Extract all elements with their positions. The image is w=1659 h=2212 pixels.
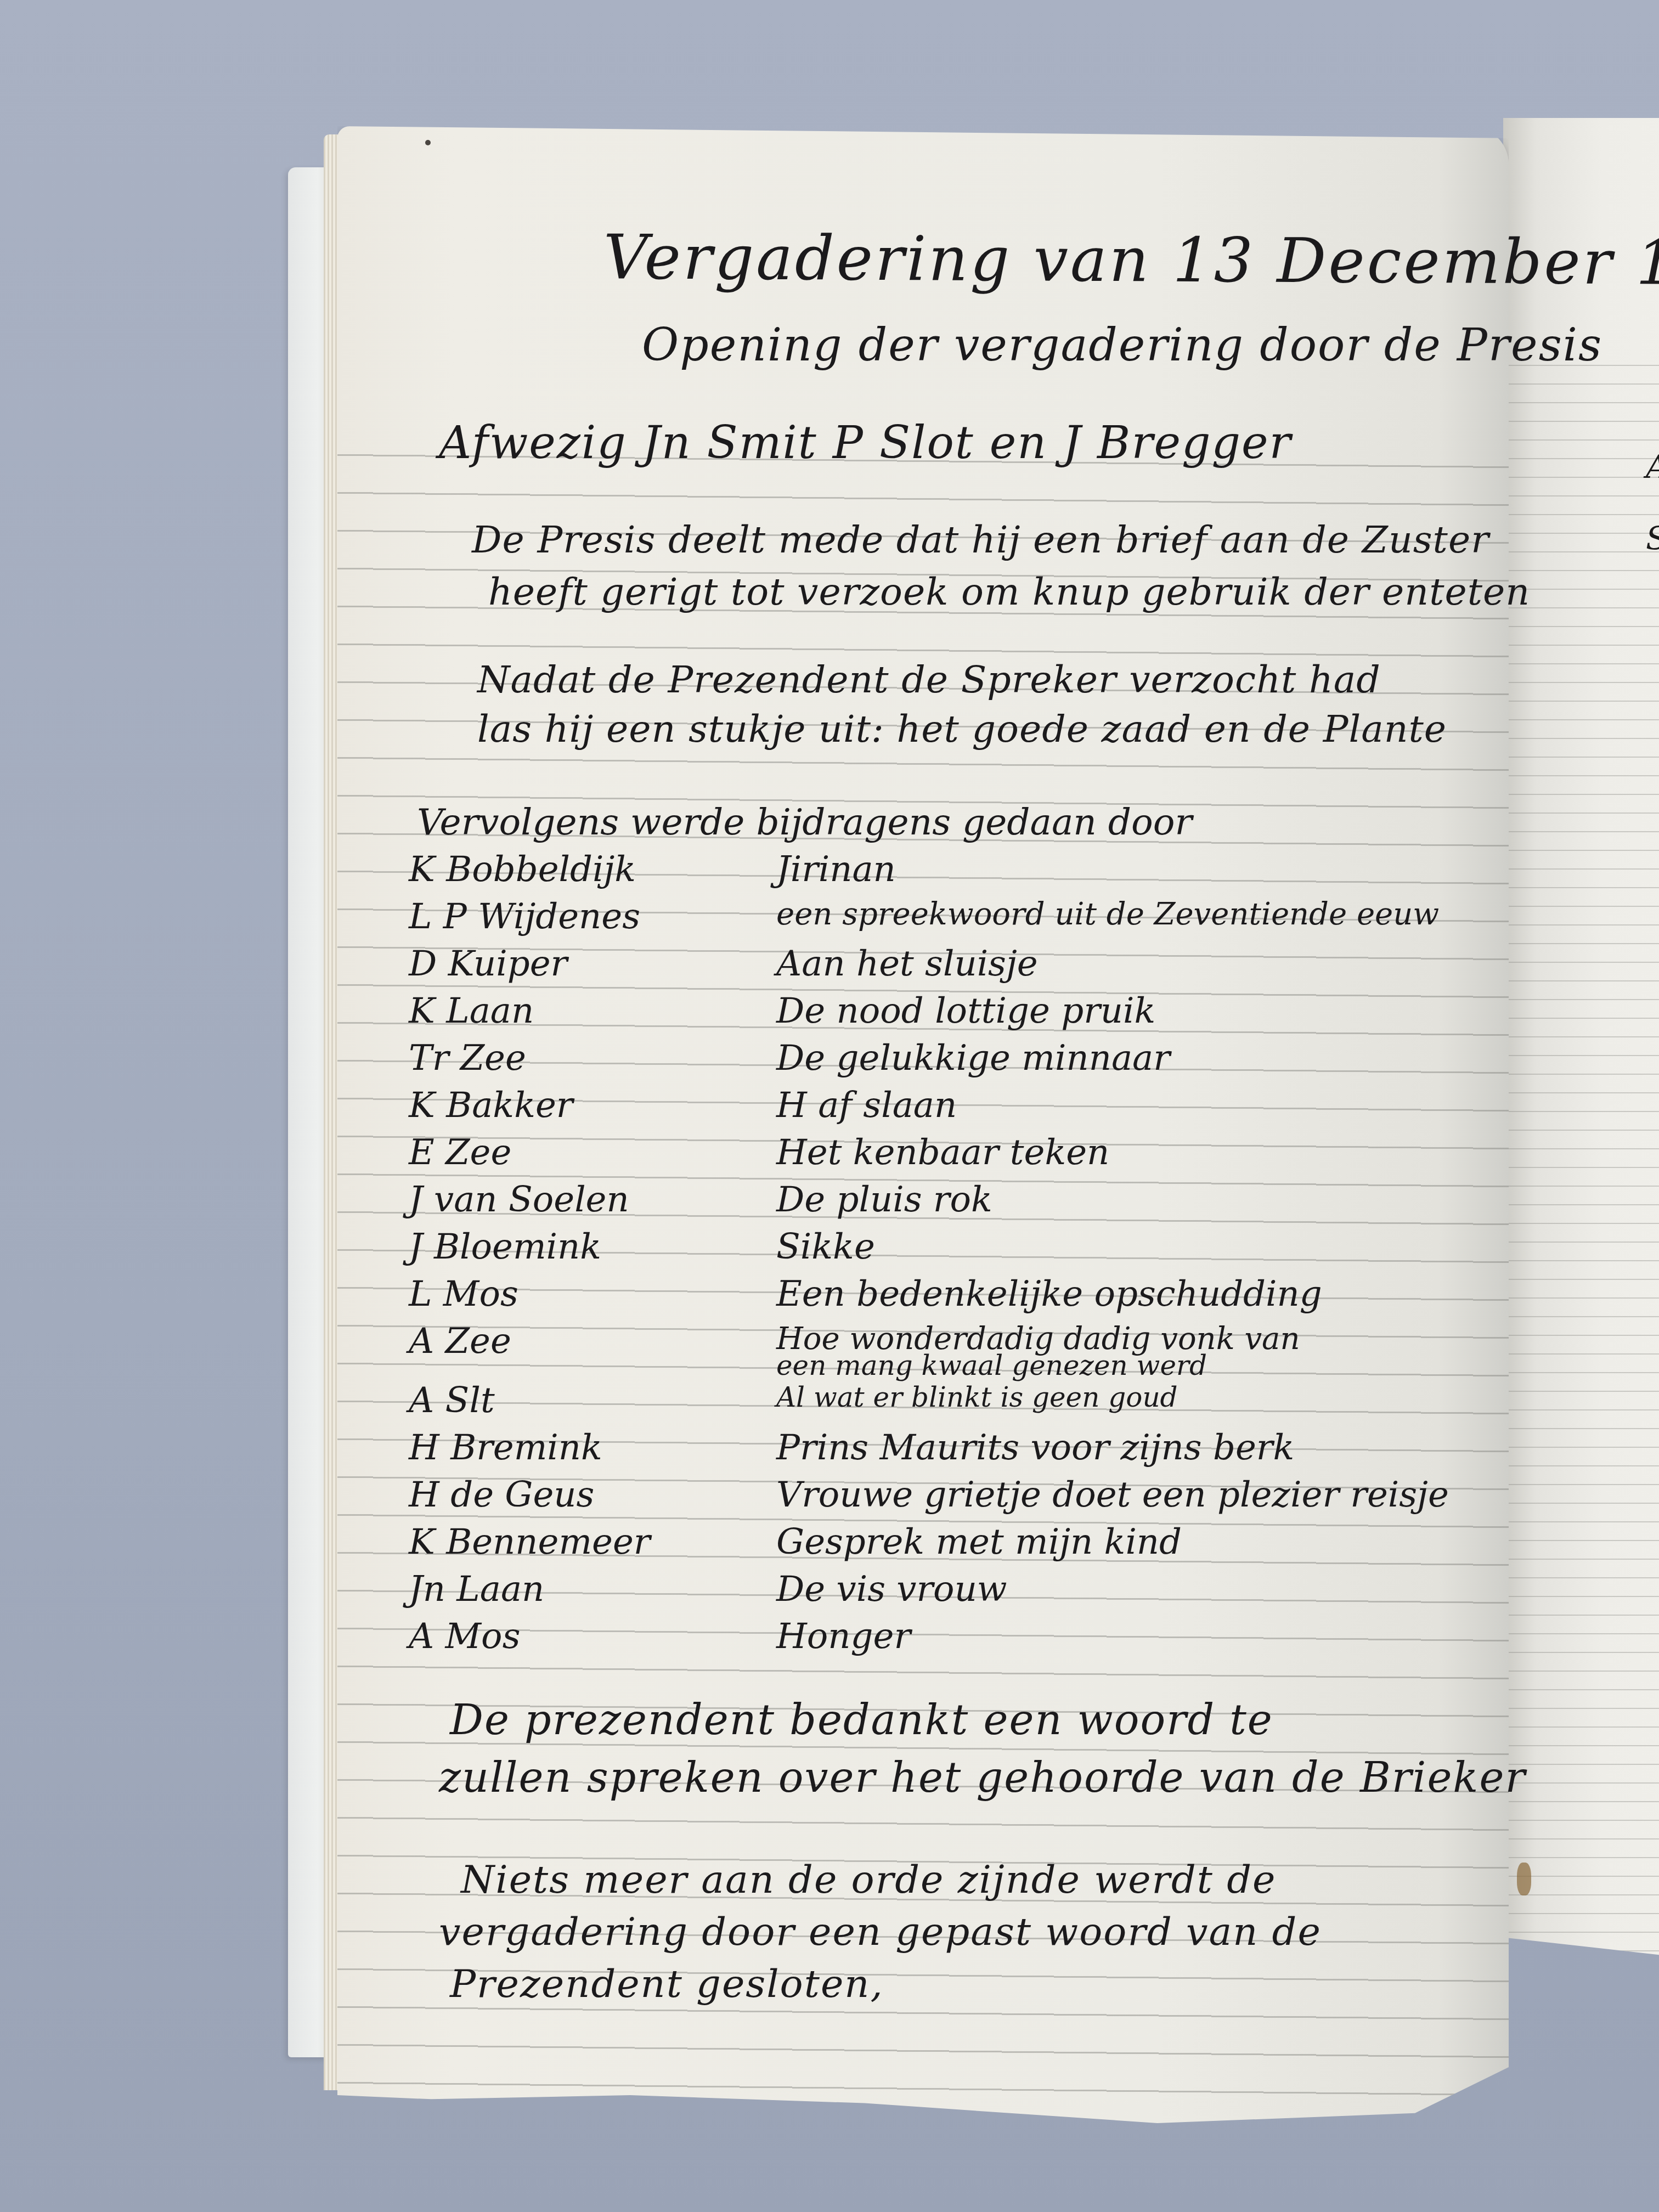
- member-name: K Laan: [409, 991, 534, 1031]
- contribution-title: H af slaan: [776, 1085, 957, 1126]
- contribution-title: Vrouwe grietje doet een plezier reisje: [776, 1475, 1449, 1515]
- contribution-title: De pluis rok: [776, 1180, 992, 1220]
- member-name: Tr Zee: [409, 1038, 526, 1079]
- contribution-title: De nood lottige pruik: [776, 991, 1155, 1031]
- member-name: E Zee: [409, 1132, 511, 1173]
- closing-paragraph-2-line-1: Niets meer aan de orde zijnde werdt de: [461, 1857, 1276, 1902]
- facing-page-mark: S: [1646, 521, 1659, 592]
- contribution-title: De gelukkige minnaar: [776, 1038, 1170, 1079]
- opening-line: Opening der vergadering door de Presis: [642, 319, 1602, 371]
- facing-page-text: A S: [1646, 450, 1659, 592]
- member-name: K Bakker: [409, 1085, 573, 1126]
- member-name: A Slt: [409, 1380, 495, 1421]
- member-name: L Mos: [409, 1274, 518, 1314]
- closing-paragraph-2-line-3: Prezendent gesloten,: [450, 1961, 884, 2006]
- closing-paragraph-1-line-2: zullen spreken over het gehoorde van de …: [439, 1753, 1526, 1802]
- contribution-title: Gesprek met mijn kind: [776, 1522, 1182, 1562]
- paragraph-2-line-1: Nadat de Prezendent de Spreker verzocht …: [477, 658, 1381, 702]
- contribution-title: Een bedenkelijke opschudding: [776, 1274, 1322, 1314]
- member-name: J Bloemink: [409, 1227, 601, 1267]
- contributions-intro: Vervolgens werde bijdragens gedaan door: [417, 801, 1192, 843]
- paragraph-2-line-2: las hij een stukje uit: het goede zaad e…: [477, 708, 1447, 751]
- member-name: A Mos: [409, 1616, 520, 1657]
- facing-page-mark: A: [1646, 450, 1659, 521]
- paragraph-1-line-1: De Presis deelt mede dat hij een brief a…: [472, 518, 1489, 562]
- contribution-title: Het kenbaar teken: [776, 1132, 1109, 1173]
- contribution-title: een spreekwoord uit de Zeventiende eeuw: [776, 896, 1439, 932]
- closing-paragraph-1-line-1: De prezendent bedankt een woord te: [450, 1695, 1273, 1744]
- absent-members: Afwezig Jn Smit P Slot en J Bregger: [439, 417, 1292, 469]
- member-name: J van Soelen: [409, 1180, 629, 1220]
- contribution-title: Sikke: [776, 1227, 875, 1267]
- member-name: K Bennemeer: [409, 1522, 650, 1562]
- paper-speck: [425, 140, 431, 145]
- member-name: D Kuiper: [409, 944, 567, 984]
- contribution-title: Prins Maurits voor zijns berk: [776, 1427, 1294, 1468]
- member-name: A Zee: [409, 1321, 511, 1362]
- closing-paragraph-2-line-2: vergadering door een gepast woord van de: [439, 1909, 1322, 1954]
- page-title: Vergadering van 13 December 1869: [603, 222, 1659, 299]
- contribution-title: Al wat er blinkt is geen goud: [776, 1385, 1178, 1410]
- member-name: H Bremink: [409, 1427, 602, 1468]
- contribution-title: Aan het sluisje: [776, 944, 1038, 984]
- member-name: L P Wijdenes: [409, 896, 640, 937]
- contribution-title: Jirinan: [776, 849, 896, 890]
- paper-stain: [1517, 1863, 1531, 1895]
- facing-page: [1503, 118, 1659, 1956]
- member-name: H de Geus: [409, 1475, 594, 1515]
- member-name: K Bobbeldijk: [409, 849, 636, 890]
- paragraph-1-line-2: heeft gerigt tot verzoek om knup gebruik…: [488, 571, 1530, 614]
- member-name: Jn Laan: [409, 1569, 544, 1610]
- contribution-title: De vis vrouw: [776, 1569, 1007, 1610]
- contribution-title: Honger: [776, 1616, 911, 1657]
- contribution-title-continued: een mang kwaal genezen werd: [776, 1353, 1207, 1378]
